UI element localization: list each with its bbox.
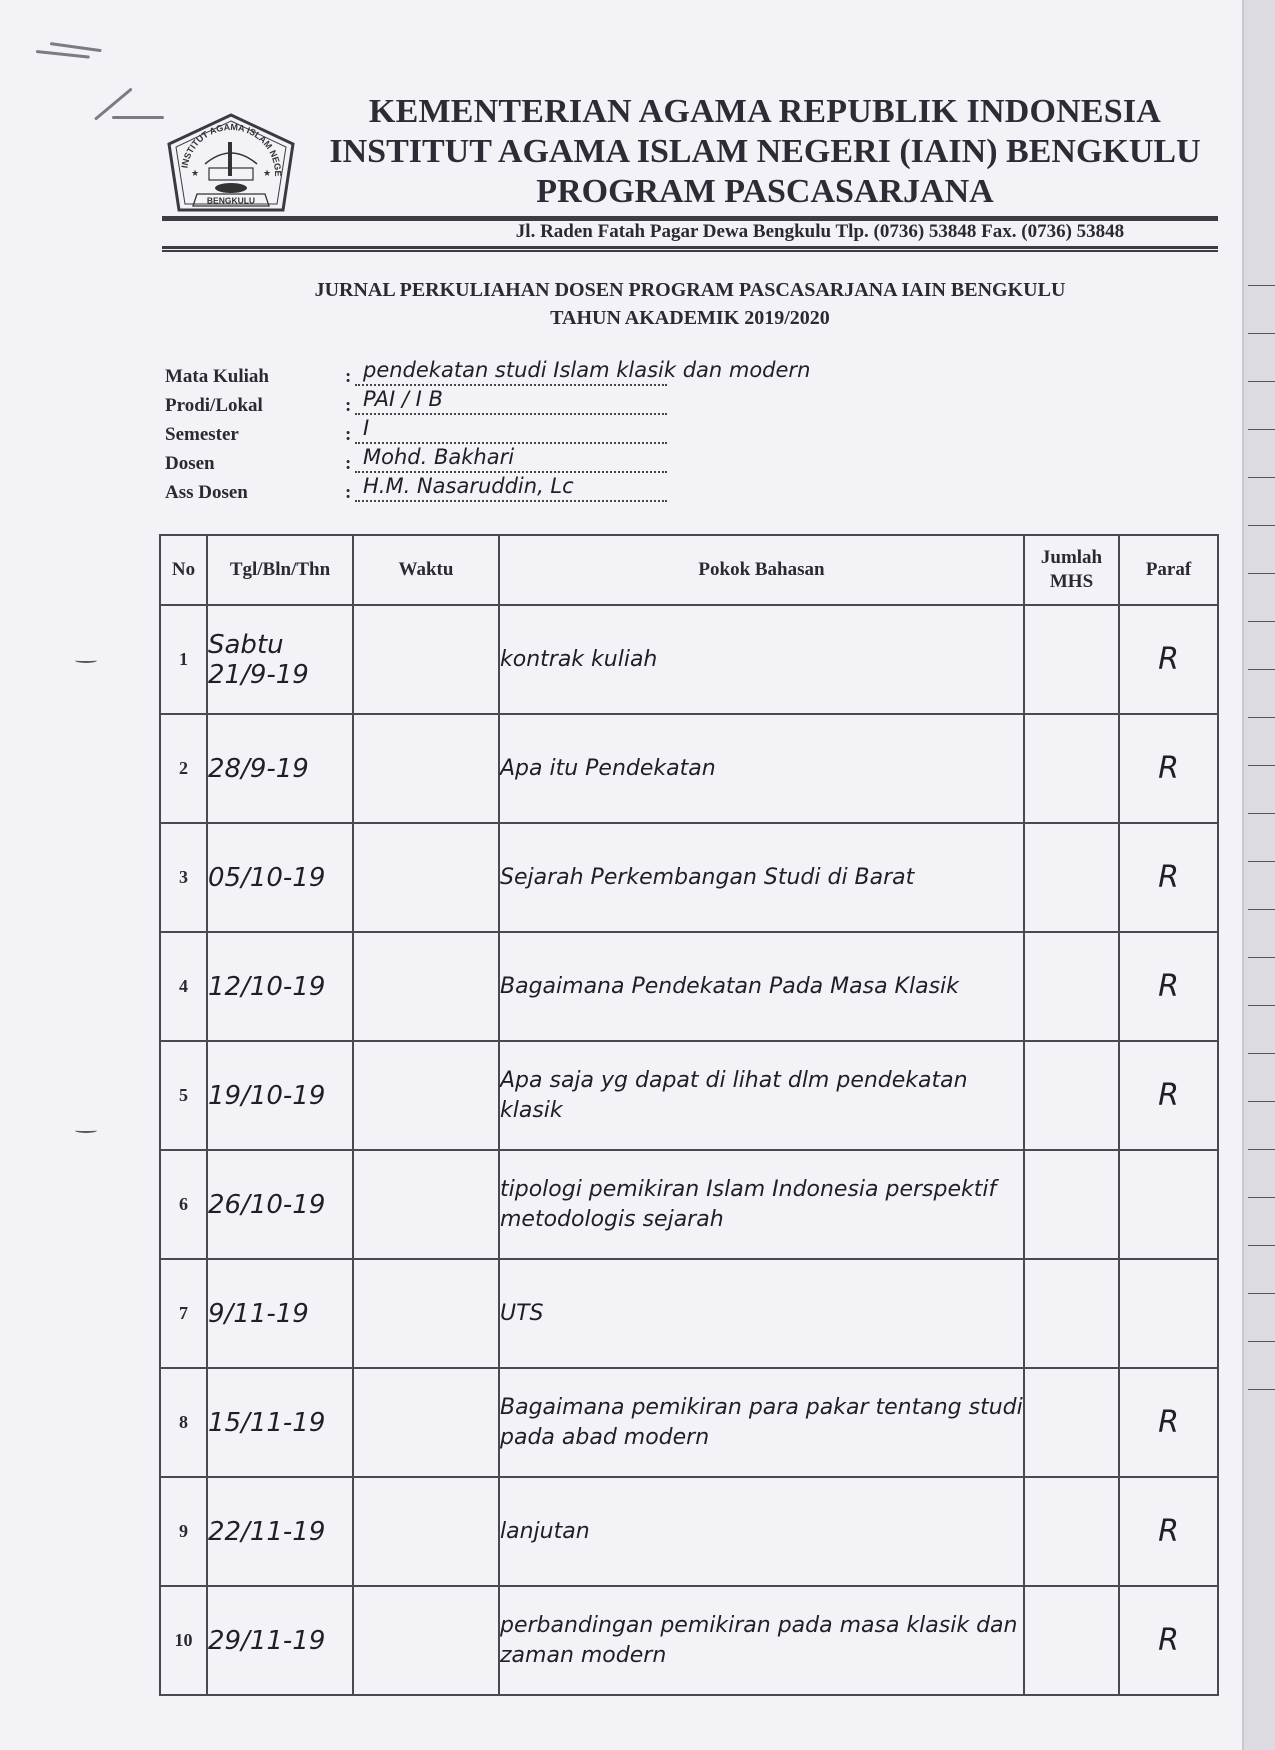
- row-topic: kontrak kuliah: [499, 605, 1024, 714]
- column-header-time: Waktu: [353, 535, 499, 605]
- underlying-page-rule: [1248, 957, 1275, 958]
- underlying-page-rule: [1248, 813, 1275, 814]
- row-time: [353, 1586, 499, 1695]
- underlying-page-rule: [1248, 1197, 1275, 1198]
- table-row: 519/10-19Apa saja yg dapat di lihat dlm …: [160, 1041, 1218, 1150]
- row-topic: Apa saja yg dapat di lihat dlm pendekata…: [499, 1041, 1024, 1150]
- table-row: 228/9-19Apa itu PendekatanR: [160, 714, 1218, 823]
- row-date: 22/11-19: [207, 1477, 353, 1586]
- row-initials: R: [1119, 714, 1218, 823]
- table-row: 412/10-19Bagaimana Pendekatan Pada Masa …: [160, 932, 1218, 1041]
- underlying-page-rule: [1248, 1293, 1275, 1294]
- underlying-page-rule: [1248, 573, 1275, 574]
- meta-row-assistant: Ass Dosen : H.M. Nasaruddin, Lc: [165, 478, 865, 507]
- pen-mark: [112, 116, 164, 119]
- column-header-topic: Pokok Bahasan: [499, 535, 1024, 605]
- row-number: 2: [160, 714, 207, 823]
- meta-row-prodi: Prodi/Lokal : PAI / I B: [165, 391, 865, 420]
- row-time: [353, 605, 499, 714]
- row-time: [353, 1368, 499, 1477]
- underlying-page-rule: [1248, 285, 1275, 286]
- underlying-page-rule: [1248, 765, 1275, 766]
- row-date: 15/11-19: [207, 1368, 353, 1477]
- row-number: 3: [160, 823, 207, 932]
- scan-mark: [75, 658, 97, 663]
- row-number: 6: [160, 1150, 207, 1259]
- table-row: 305/10-19Sejarah Perkembangan Studi di B…: [160, 823, 1218, 932]
- row-date: 12/10-19: [207, 932, 353, 1041]
- row-student-count: [1024, 1259, 1119, 1368]
- scan-mark: [75, 1128, 97, 1133]
- table-header-row: No Tgl/Bln/Thn Waktu Pokok Bahasan Jumla…: [160, 535, 1218, 605]
- row-student-count: [1024, 1041, 1119, 1150]
- row-topic: lanjutan: [499, 1477, 1024, 1586]
- meta-value: PAI / I B: [363, 387, 443, 411]
- row-time: [353, 1150, 499, 1259]
- row-initials: R: [1119, 1477, 1218, 1586]
- row-time: [353, 714, 499, 823]
- institute-address: Jl. Raden Fatah Pagar Dewa Bengkulu Tlp.…: [420, 218, 1220, 246]
- row-date: 28/9-19: [207, 714, 353, 823]
- underlying-page-rule: [1248, 477, 1275, 478]
- row-initials: R: [1119, 1586, 1218, 1695]
- row-number: 10: [160, 1586, 207, 1695]
- underlying-page-rule: [1248, 1245, 1275, 1246]
- meta-value: I: [363, 416, 369, 440]
- meta-label: Prodi/Lokal: [165, 395, 263, 417]
- column-header-students: Jumlah MHS: [1024, 535, 1119, 605]
- row-topic: Apa itu Pendekatan: [499, 714, 1024, 823]
- ministry-name: KEMENTERIAN AGAMA REPUBLIK INDONESIA: [300, 92, 1230, 132]
- row-initials: R: [1119, 932, 1218, 1041]
- row-student-count: [1024, 932, 1119, 1041]
- meta-label: Semester: [165, 424, 239, 446]
- column-header-no: No: [160, 535, 207, 605]
- row-time: [353, 823, 499, 932]
- column-header-date: Tgl/Bln/Thn: [207, 535, 353, 605]
- meta-row-course: Mata Kuliah : pendekatan studi Islam kla…: [165, 362, 865, 391]
- row-topic: Sejarah Perkembangan Studi di Barat: [499, 823, 1024, 932]
- meta-label: Dosen: [165, 453, 215, 475]
- underlying-page-rule: [1248, 717, 1275, 718]
- row-topic: tipologi pemikiran Islam Indonesia persp…: [499, 1150, 1024, 1259]
- row-student-count: [1024, 714, 1119, 823]
- row-time: [353, 932, 499, 1041]
- row-date: 29/11-19: [207, 1586, 353, 1695]
- row-topic: perbandingan pemikiran pada masa klasik …: [499, 1586, 1024, 1695]
- row-topic: Bagaimana Pendekatan Pada Masa Klasik: [499, 932, 1024, 1041]
- academic-year: TAHUN AKADEMIK 2019/2020: [160, 304, 1220, 332]
- underlying-page-rule: [1248, 1101, 1275, 1102]
- row-number: 4: [160, 932, 207, 1041]
- table-row: 922/11-19lanjutanR: [160, 1477, 1218, 1586]
- table-row: 1029/11-19perbandingan pemikiran pada ma…: [160, 1586, 1218, 1695]
- letterhead-double-rule: [162, 246, 1218, 252]
- letterhead: KEMENTERIAN AGAMA REPUBLIK INDONESIA INS…: [300, 92, 1230, 212]
- row-initials: R: [1119, 1041, 1218, 1150]
- underlying-page-rule: [1248, 909, 1275, 910]
- meta-value: Mohd. Bakhari: [363, 445, 514, 469]
- row-number: 1: [160, 605, 207, 714]
- meta-label: Mata Kuliah: [165, 366, 269, 388]
- underlying-page-rule: [1248, 1389, 1275, 1390]
- row-date: 26/10-19: [207, 1150, 353, 1259]
- meta-value: H.M. Nasaruddin, Lc: [363, 474, 574, 498]
- row-initials: [1119, 1259, 1218, 1368]
- svg-text:BENGKULU: BENGKULU: [207, 196, 255, 206]
- row-initials: [1119, 1150, 1218, 1259]
- underlying-page-rule: [1248, 669, 1275, 670]
- row-number: 8: [160, 1368, 207, 1477]
- institution-seal-icon: INSTITUT AGAMA ISLAM NEGERI ★ ★ BENGKULU: [165, 112, 297, 224]
- underlying-page-rule: [1248, 861, 1275, 862]
- svg-text:★: ★: [191, 168, 199, 178]
- meta-value: pendekatan studi Islam klasik dan modern: [363, 358, 810, 382]
- underlying-page-rule: [1248, 1005, 1275, 1006]
- table-row: 1Sabtu 21/9-19kontrak kuliahR: [160, 605, 1218, 714]
- row-date: 05/10-19: [207, 823, 353, 932]
- row-number: 7: [160, 1259, 207, 1368]
- column-header-initials: Paraf: [1119, 535, 1218, 605]
- meta-row-semester: Semester : I: [165, 420, 865, 449]
- course-info: Mata Kuliah : pendekatan studi Islam kla…: [165, 362, 865, 507]
- table-row: 79/11-19UTS: [160, 1259, 1218, 1368]
- row-student-count: [1024, 823, 1119, 932]
- document-title-block: JURNAL PERKULIAHAN DOSEN PROGRAM PASCASA…: [160, 276, 1220, 332]
- row-number: 5: [160, 1041, 207, 1150]
- underlying-page-edge: [1242, 0, 1275, 1750]
- underlying-page-rule: [1248, 1149, 1275, 1150]
- row-date: Sabtu 21/9-19: [207, 605, 353, 714]
- row-initials: R: [1119, 823, 1218, 932]
- document-title: JURNAL PERKULIAHAN DOSEN PROGRAM PASCASA…: [160, 276, 1220, 304]
- svg-text:★: ★: [263, 168, 271, 178]
- underlying-page-rule: [1248, 525, 1275, 526]
- row-student-count: [1024, 1586, 1119, 1695]
- row-student-count: [1024, 605, 1119, 714]
- meta-label: Ass Dosen: [165, 482, 248, 504]
- row-time: [353, 1041, 499, 1150]
- row-student-count: [1024, 1368, 1119, 1477]
- table-row: 815/11-19Bagaimana pemikiran para pakar …: [160, 1368, 1218, 1477]
- row-date: 19/10-19: [207, 1041, 353, 1150]
- underlying-page-rule: [1248, 1053, 1275, 1054]
- row-time: [353, 1259, 499, 1368]
- institute-name: INSTITUT AGAMA ISLAM NEGERI (IAIN) BENGK…: [300, 132, 1230, 172]
- underlying-page-rule: [1248, 1341, 1275, 1342]
- row-number: 9: [160, 1477, 207, 1586]
- table-row: 626/10-19tipologi pemikiran Islam Indone…: [160, 1150, 1218, 1259]
- row-initials: R: [1119, 1368, 1218, 1477]
- row-student-count: [1024, 1477, 1119, 1586]
- underlying-page-rule: [1248, 621, 1275, 622]
- row-student-count: [1024, 1150, 1119, 1259]
- underlying-page-rule: [1248, 381, 1275, 382]
- lecture-journal-table: No Tgl/Bln/Thn Waktu Pokok Bahasan Jumla…: [159, 534, 1219, 1696]
- row-topic: UTS: [499, 1259, 1024, 1368]
- program-name: PROGRAM PASCASARJANA: [300, 172, 1230, 212]
- underlying-page-rule: [1248, 429, 1275, 430]
- underlying-page-rule: [1248, 333, 1275, 334]
- row-topic: Bagaimana pemikiran para pakar tentang s…: [499, 1368, 1024, 1477]
- row-time: [353, 1477, 499, 1586]
- row-initials: R: [1119, 605, 1218, 714]
- row-date: 9/11-19: [207, 1259, 353, 1368]
